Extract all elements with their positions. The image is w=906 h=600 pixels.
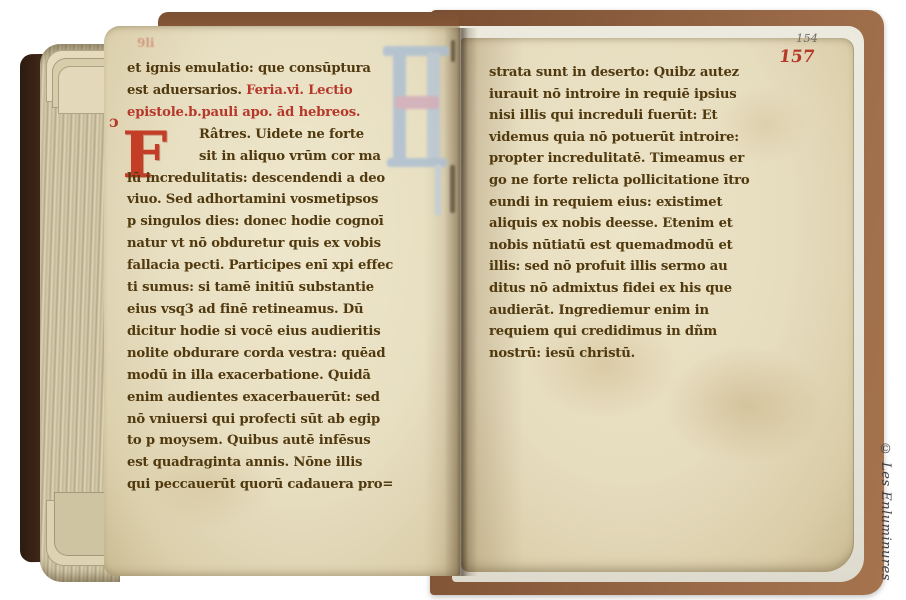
show-through-folio-mark: 9li <box>137 36 154 50</box>
body-text: go ne forte relicta pollicitatione ītro <box>489 173 750 188</box>
body-text: eius vsq3 ad finē retineamus. Dū <box>127 302 363 317</box>
manuscript-text-line: enim audientes exacerbauerūt: sed <box>127 387 451 409</box>
manuscript-text-line: go ne forte relicta pollicitatione ītro <box>489 170 825 192</box>
body-text: nō vniuersi qui profecti sūt ab egip <box>127 412 380 427</box>
manuscript-text-line: eius vsq3 ad finē retineamus. Dū <box>127 299 451 321</box>
body-text: viuo. Sed adhortamini vosmetipsos <box>127 192 378 207</box>
body-text: p singulos dies: donec hodie cognoī <box>127 214 384 229</box>
body-text: nostrū: iesū christū. <box>489 346 635 361</box>
manuscript-text-line: videmus quia nō potuerūt introire: <box>489 127 825 149</box>
body-text: sit in aliquo vrūm cor ma <box>199 149 381 164</box>
manuscript-text-line: fallacia pecti. Participes enī xpi effec <box>127 255 451 277</box>
body-text: et ignis emulatio: que consūptura <box>127 61 371 76</box>
body-text: nolite obdurare corda vestra: quēad <box>127 346 385 361</box>
manuscript-text-line: aliquis ex nobis deesse. Etenim et <box>489 213 825 235</box>
manuscript-text-line: viuo. Sed adhortamini vosmetipsos <box>127 189 451 211</box>
manuscript-text-line: et ignis emulatio: que consūptura <box>127 58 451 80</box>
manuscript-text-line: p singulos dies: donec hodie cognoī <box>127 211 451 233</box>
manuscript-text-line: natur vt nō obduretur quis ex vobis <box>127 233 451 255</box>
body-text: dicitur hodie si vocē eius audieritis <box>127 324 380 339</box>
rubric-margin-mark: ɔ <box>109 112 119 131</box>
manuscript-text-line: modū in illa exacerbatione. Quidā <box>127 365 451 387</box>
manuscript-text-line: epistole.b.pauli apo. ād hebreos. <box>127 102 451 124</box>
manuscript-text-line: nō vniuersi qui profecti sūt ab egip <box>127 409 451 431</box>
manuscript-text-line: sit in aliquo vrūm cor ma <box>127 146 451 168</box>
body-text: natur vt nō obduretur quis ex vobis <box>127 236 381 251</box>
body-text: ti sumus: si tamē initiū substantie <box>127 280 374 295</box>
manuscript-text-line: strata sunt in deserto: Quibz autez <box>489 62 825 84</box>
manuscript-text-line: iurauit nō introire in requiē ipsius <box>489 84 825 106</box>
manuscript-text-line: illis: sed nō profuit illis sermo au <box>489 256 825 278</box>
body-text: modū in illa exacerbatione. Quidā <box>127 368 371 383</box>
manuscript-text-line: nobis nūtiatū est quemadmodū et <box>489 235 825 257</box>
right-page-text: strata sunt in deserto: Quibz auteziurau… <box>489 62 825 364</box>
body-text: enim audientes exacerbauerūt: sed <box>127 390 380 405</box>
body-text: qui peccauerūt quorū cadauera pro= <box>127 477 393 492</box>
body-text: videmus quia nō potuerūt introire: <box>489 130 739 145</box>
manuscript-text-line: dicitur hodie si vocē eius audieritis <box>127 321 451 343</box>
manuscript-text-line: requiem qui credidimus in dñm <box>489 321 825 343</box>
rubric-text: epistole.b.pauli apo. ād hebreos. <box>127 105 360 120</box>
body-text: illis: sed nō profuit illis sermo au <box>489 259 728 274</box>
body-text: Râtres. Uidete ne forte <box>199 127 364 142</box>
body-text: aliquis ex nobis deesse. Etenim et <box>489 216 733 231</box>
body-text: fallacia pecti. Participes enī xpi effec <box>127 258 393 273</box>
manuscript-text-line: to p moysem. Quibus autē infēsus <box>127 430 451 452</box>
manuscript-text-line: est quadraginta annis. Nōne illis <box>127 452 451 474</box>
body-text: iurauit nō introire in requiē ipsius <box>489 87 737 102</box>
body-text: eundi in requiem eius: existimet <box>489 195 722 210</box>
manuscript-photo: 9li ɔ F et ignis emulatio: que consūptur… <box>0 0 906 600</box>
body-text: est quadraginta annis. Nōne illis <box>127 455 362 470</box>
rubric-text: Feria.vi. Lectio <box>246 83 352 98</box>
body-text: to p moysem. Quibus autē infēsus <box>127 433 370 448</box>
body-text: lū incredulitatis: descendendi a deo <box>127 171 385 186</box>
manuscript-text-line: eundi in requiem eius: existimet <box>489 192 825 214</box>
manuscript-text-line: qui peccauerūt quorū cadauera pro= <box>127 474 451 496</box>
body-text: audierāt. Ingrediemur enim in <box>489 303 709 318</box>
manuscript-text-line: ditus nō admixtus fidei ex his que <box>489 278 825 300</box>
body-text: nobis nūtiatū est quemadmodū et <box>489 238 733 253</box>
manuscript-text-line: propter incredulitatē. Timeamus er <box>489 148 825 170</box>
copyright-credit: © Les Enluminures <box>878 442 893 594</box>
manuscript-text-line: lū incredulitatis: descendendi a deo <box>127 168 451 190</box>
manuscript-text-line: est aduersarios. Feria.vi. Lectio <box>127 80 451 102</box>
body-text: strata sunt in deserto: Quibz autez <box>489 65 739 80</box>
body-text: nisi illis qui increduli fuerūt: Et <box>489 108 717 123</box>
left-page-text: et ignis emulatio: que consūpturaest adu… <box>127 58 451 496</box>
body-text: est aduersarios. <box>127 83 246 98</box>
manuscript-text-line: nolite obdurare corda vestra: quēad <box>127 343 451 365</box>
body-text: propter incredulitatē. Timeamus er <box>489 151 744 166</box>
pencil-folio-number: 154 <box>796 31 818 45</box>
body-text: ditus nō admixtus fidei ex his que <box>489 281 732 296</box>
manuscript-text-line: nisi illis qui increduli fuerūt: Et <box>489 105 825 127</box>
manuscript-text-line: ti sumus: si tamē initiū substantie <box>127 277 451 299</box>
manuscript-text-line: Râtres. Uidete ne forte <box>127 124 451 146</box>
body-text: requiem qui credidimus in dñm <box>489 324 717 339</box>
manuscript-text-line: nostrū: iesū christū. <box>489 343 825 365</box>
manuscript-text-line: audierāt. Ingrediemur enim in <box>489 300 825 322</box>
